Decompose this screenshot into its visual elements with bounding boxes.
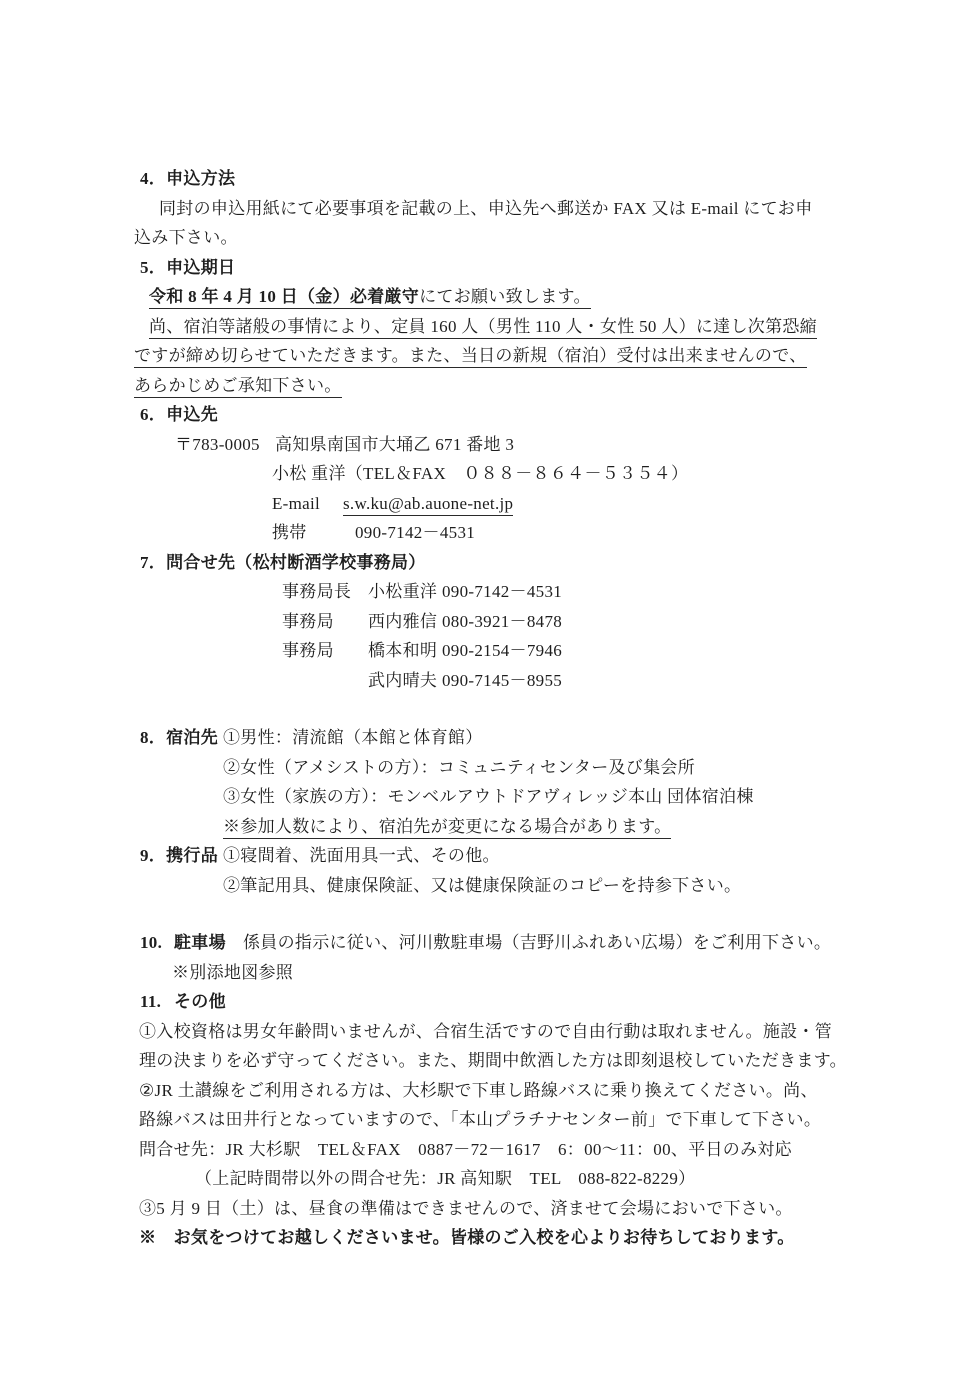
- other-line-3: ②JR 土讃線をご利用される方は、大杉駅で下車し路線バスに乗り換えてください。尚…: [0, 1076, 975, 1106]
- contact-name: 武内晴夫: [368, 666, 442, 696]
- section-10-number: 10.: [140, 928, 174, 958]
- street-address: 高知県南国市大埇乙 671 番地 3: [275, 435, 514, 454]
- belongings-item-1: ①寝間着、洗面用具一式、その他。: [223, 846, 500, 865]
- section-10-heading-row: 10.駐車場係員の指示に従い、河川敷駐車場（吉野川ふれあい広場）をご利用下さい。: [0, 928, 975, 958]
- section-7-number: 7．: [140, 553, 166, 572]
- contact-phone: 080-3921－8478: [442, 612, 562, 631]
- closing-line: ※ お気をつけてお越しくださいませ。皆様のご入校を心よりお待ちしております。: [0, 1223, 975, 1253]
- other-line-1: ①入校資格は男女年齢問いませんが、合宿生活ですので自由行動は取れません。施設・管: [0, 1017, 975, 1047]
- mobile-line: 携帯090-7142－4531: [0, 518, 975, 548]
- section-5-title: 申込期日: [166, 258, 235, 277]
- section-6-heading: 6．申込先: [0, 400, 975, 430]
- other-text-1: ①入校資格は男女年齢問いませんが、合宿生活ですので自由行動は取れません。施設・管: [139, 1022, 832, 1041]
- contact-name: 西内雅信: [368, 607, 442, 637]
- section-4-heading: 4．申込方法: [0, 164, 975, 194]
- section-7-heading: 7．問合せ先（松村断酒学校事務局）: [0, 548, 975, 578]
- contact-row: 事務局長小松重洋090-7142－4531: [0, 577, 975, 607]
- contact-row: 武内晴夫090-7145－8955: [0, 666, 975, 696]
- parking-body: 係員の指示に従い、河川敷駐車場（吉野川ふれあい広場）をご利用下さい。: [243, 933, 831, 952]
- other-text-6: （上記時間帯以外の問合せ先：JR 高知駅 TEL 088-822-8229）: [195, 1169, 695, 1188]
- section-4-title: 申込方法: [166, 169, 235, 188]
- capacity-note-1: 尚、宿泊等諸般の事情により、定員 160 人（男性 110 人・女性 50 人）…: [149, 317, 817, 339]
- section-11-title: その他: [174, 992, 226, 1011]
- other-line-2: 理の決まりを必ず守ってください。また、期間中飲酒した方は即刻退校していただきます…: [0, 1046, 975, 1076]
- lodging-item-2: ②女性（アメシストの方）：コミュニティセンター及び集会所: [223, 758, 695, 777]
- contact-row: 事務局西内雅信080-3921－8478: [0, 607, 975, 637]
- section-11-heading: 11.その他: [0, 987, 975, 1017]
- lodging-note-line: ※参加人数により、宿泊先が変更になる場合があります。: [0, 812, 975, 842]
- section-5-deadline-line: 令和 8 年 4 月 10 日（金）必着厳守にてお願い致します。: [0, 282, 975, 312]
- other-line-4: 路線バスは田井行となっていますので、「本山プラチナセンター前」で下車して下さい。: [0, 1105, 975, 1135]
- section-7-title: 問合せ先（松村断酒学校事務局）: [166, 553, 426, 572]
- contact-name: 橋本和明: [368, 636, 442, 666]
- lodging-item-2-line: ②女性（アメシストの方）：コミュニティセンター及び集会所: [0, 753, 975, 783]
- lodging-note: ※参加人数により、宿泊先が変更になる場合があります。: [223, 817, 671, 839]
- lodging-item-1: ①男性：清流館（本館と体育館）: [223, 728, 483, 747]
- section-9-number: 9．: [140, 846, 166, 865]
- other-line-7: ③5 月 9 日（土）は、昼食の準備はできませんので、済ませて会場においで下さい…: [0, 1194, 975, 1224]
- contact-role: 事務局: [282, 636, 368, 666]
- section-9-title: 携行品: [166, 846, 218, 865]
- other-text-5: 問合せ先：JR 大杉駅 TEL＆FAX 0887－72－1617 6：00～11…: [139, 1140, 792, 1159]
- document-page: 4．申込方法 同封の申込用紙にて必要事項を記載の上、申込先へ郵送か FAX 又は…: [0, 0, 975, 1379]
- section-8-number: 8．: [140, 728, 166, 747]
- section-5-note-line-3: あらかじめご承知下さい。: [0, 371, 975, 401]
- lodging-item-3: ③女性（家族の方）：モンベルアウトドアヴィレッジ本山 団体宿泊棟: [223, 787, 754, 806]
- email-label: E-mail: [272, 489, 343, 519]
- section-4-body-line-2: 込み下さい。: [0, 223, 975, 253]
- section-4-body-text-1: 同封の申込用紙にて必要事項を記載の上、申込先へ郵送か FAX 又は E-mail…: [159, 199, 813, 218]
- section-11-number: 11.: [140, 987, 174, 1017]
- belongings-item-2-line: ②筆記用具、健康保険証、又は健康保険証のコピーを持参下さい。: [0, 871, 975, 901]
- address-line: 〒783-0005高知県南国市大埇乙 671 番地 3: [0, 430, 975, 460]
- contact-phone: 090-7142－4531: [442, 582, 562, 601]
- section-4-body-line-1: 同封の申込用紙にて必要事項を記載の上、申込先へ郵送か FAX 又は E-mail…: [0, 194, 975, 224]
- section-4-number: 4．: [140, 169, 166, 188]
- capacity-note-3: あらかじめご承知下さい。: [134, 376, 342, 398]
- other-text-3: ②JR 土讃線をご利用される方は、大杉駅で下車し路線バスに乗り換えてください。尚…: [139, 1081, 818, 1100]
- contact-row: 事務局橋本和明090-2154－7946: [0, 636, 975, 666]
- deadline-underline: 令和 8 年 4 月 10 日（金）必着厳守にてお願い致します。: [149, 287, 591, 309]
- section-8-title: 宿泊先: [166, 728, 218, 747]
- closing-text: ※ お気をつけてお越しくださいませ。皆様のご入校を心よりお待ちしております。: [139, 1228, 795, 1247]
- section-5-number: 5．: [140, 258, 166, 277]
- section-9-heading-row: 9．携行品①寝間着、洗面用具一式、その他。: [0, 841, 975, 871]
- email-address: s.w.ku@ab.auone-net.jp: [343, 494, 513, 516]
- other-text-4: 路線バスは田井行となっていますので、「本山プラチナセンター前」で下車して下さい。: [139, 1110, 821, 1129]
- section-6-title: 申込先: [166, 405, 218, 424]
- document-content: 4．申込方法 同封の申込用紙にて必要事項を記載の上、申込先へ郵送か FAX 又は…: [0, 164, 975, 1253]
- section-5-note-line-1: 尚、宿泊等諸般の事情により、定員 160 人（男性 110 人・女性 50 人）…: [0, 312, 975, 342]
- section-10-title: 駐車場: [174, 928, 243, 958]
- mobile-number: 090-7142－4531: [355, 523, 475, 542]
- section-5-note-line-2: ですが締め切らせていただきます。また、当日の新規（宿泊）受付は出来ませんので、: [0, 341, 975, 371]
- section-5-heading: 5．申込期日: [0, 253, 975, 283]
- lodging-item-3-line: ③女性（家族の方）：モンベルアウトドアヴィレッジ本山 団体宿泊棟: [0, 782, 975, 812]
- contact-phone: 090-7145－8955: [442, 671, 562, 690]
- contact-name: 小松重洋: [368, 577, 442, 607]
- contact-role: 事務局: [282, 607, 368, 637]
- other-text-2: 理の決まりを必ず守ってください。また、期間中飲酒した方は即刻退校していただきます…: [139, 1051, 847, 1070]
- deadline-rest: にてお願い致します。: [419, 287, 591, 306]
- capacity-note-2: ですが締め切らせていただきます。また、当日の新規（宿泊）受付は出来ませんので、: [134, 346, 807, 368]
- section-8-heading-row: 8．宿泊先①男性：清流館（本館と体育館）: [0, 723, 975, 753]
- contact-person-line: 小松 重洋（TEL＆FAX ０８８－８６４－５３５４）: [0, 459, 975, 489]
- section-8-heading: 8．宿泊先: [140, 723, 223, 753]
- parking-note-line: ※別添地図参照: [0, 958, 975, 988]
- section-6-number: 6．: [140, 405, 166, 424]
- contact-person: 小松 重洋（TEL＆FAX ０８８－８６４－５３５４）: [272, 464, 688, 483]
- deadline-date: 令和 8 年 4 月 10 日（金）必着厳守: [149, 287, 419, 306]
- section-4-body-text-2: 込み下さい。: [134, 228, 238, 247]
- other-text-7: ③5 月 9 日（土）は、昼食の準備はできませんので、済ませて会場においで下さい…: [139, 1199, 793, 1218]
- email-line: E-mails.w.ku@ab.auone-net.jp: [0, 489, 975, 519]
- postal-code: 〒783-0005: [175, 430, 275, 460]
- other-line-6: （上記時間帯以外の問合せ先：JR 高知駅 TEL 088-822-8229）: [0, 1164, 975, 1194]
- belongings-item-2: ②筆記用具、健康保険証、又は健康保険証のコピーを持参下さい。: [223, 876, 741, 895]
- contact-role: 事務局長: [282, 577, 368, 607]
- section-9-heading: 9．携行品: [140, 841, 223, 871]
- contact-phone: 090-2154－7946: [442, 641, 562, 660]
- mobile-label: 携帯: [272, 518, 355, 548]
- parking-note: ※別添地図参照: [172, 963, 293, 982]
- other-line-5: 問合せ先：JR 大杉駅 TEL＆FAX 0887－72－1617 6：00～11…: [0, 1135, 975, 1165]
